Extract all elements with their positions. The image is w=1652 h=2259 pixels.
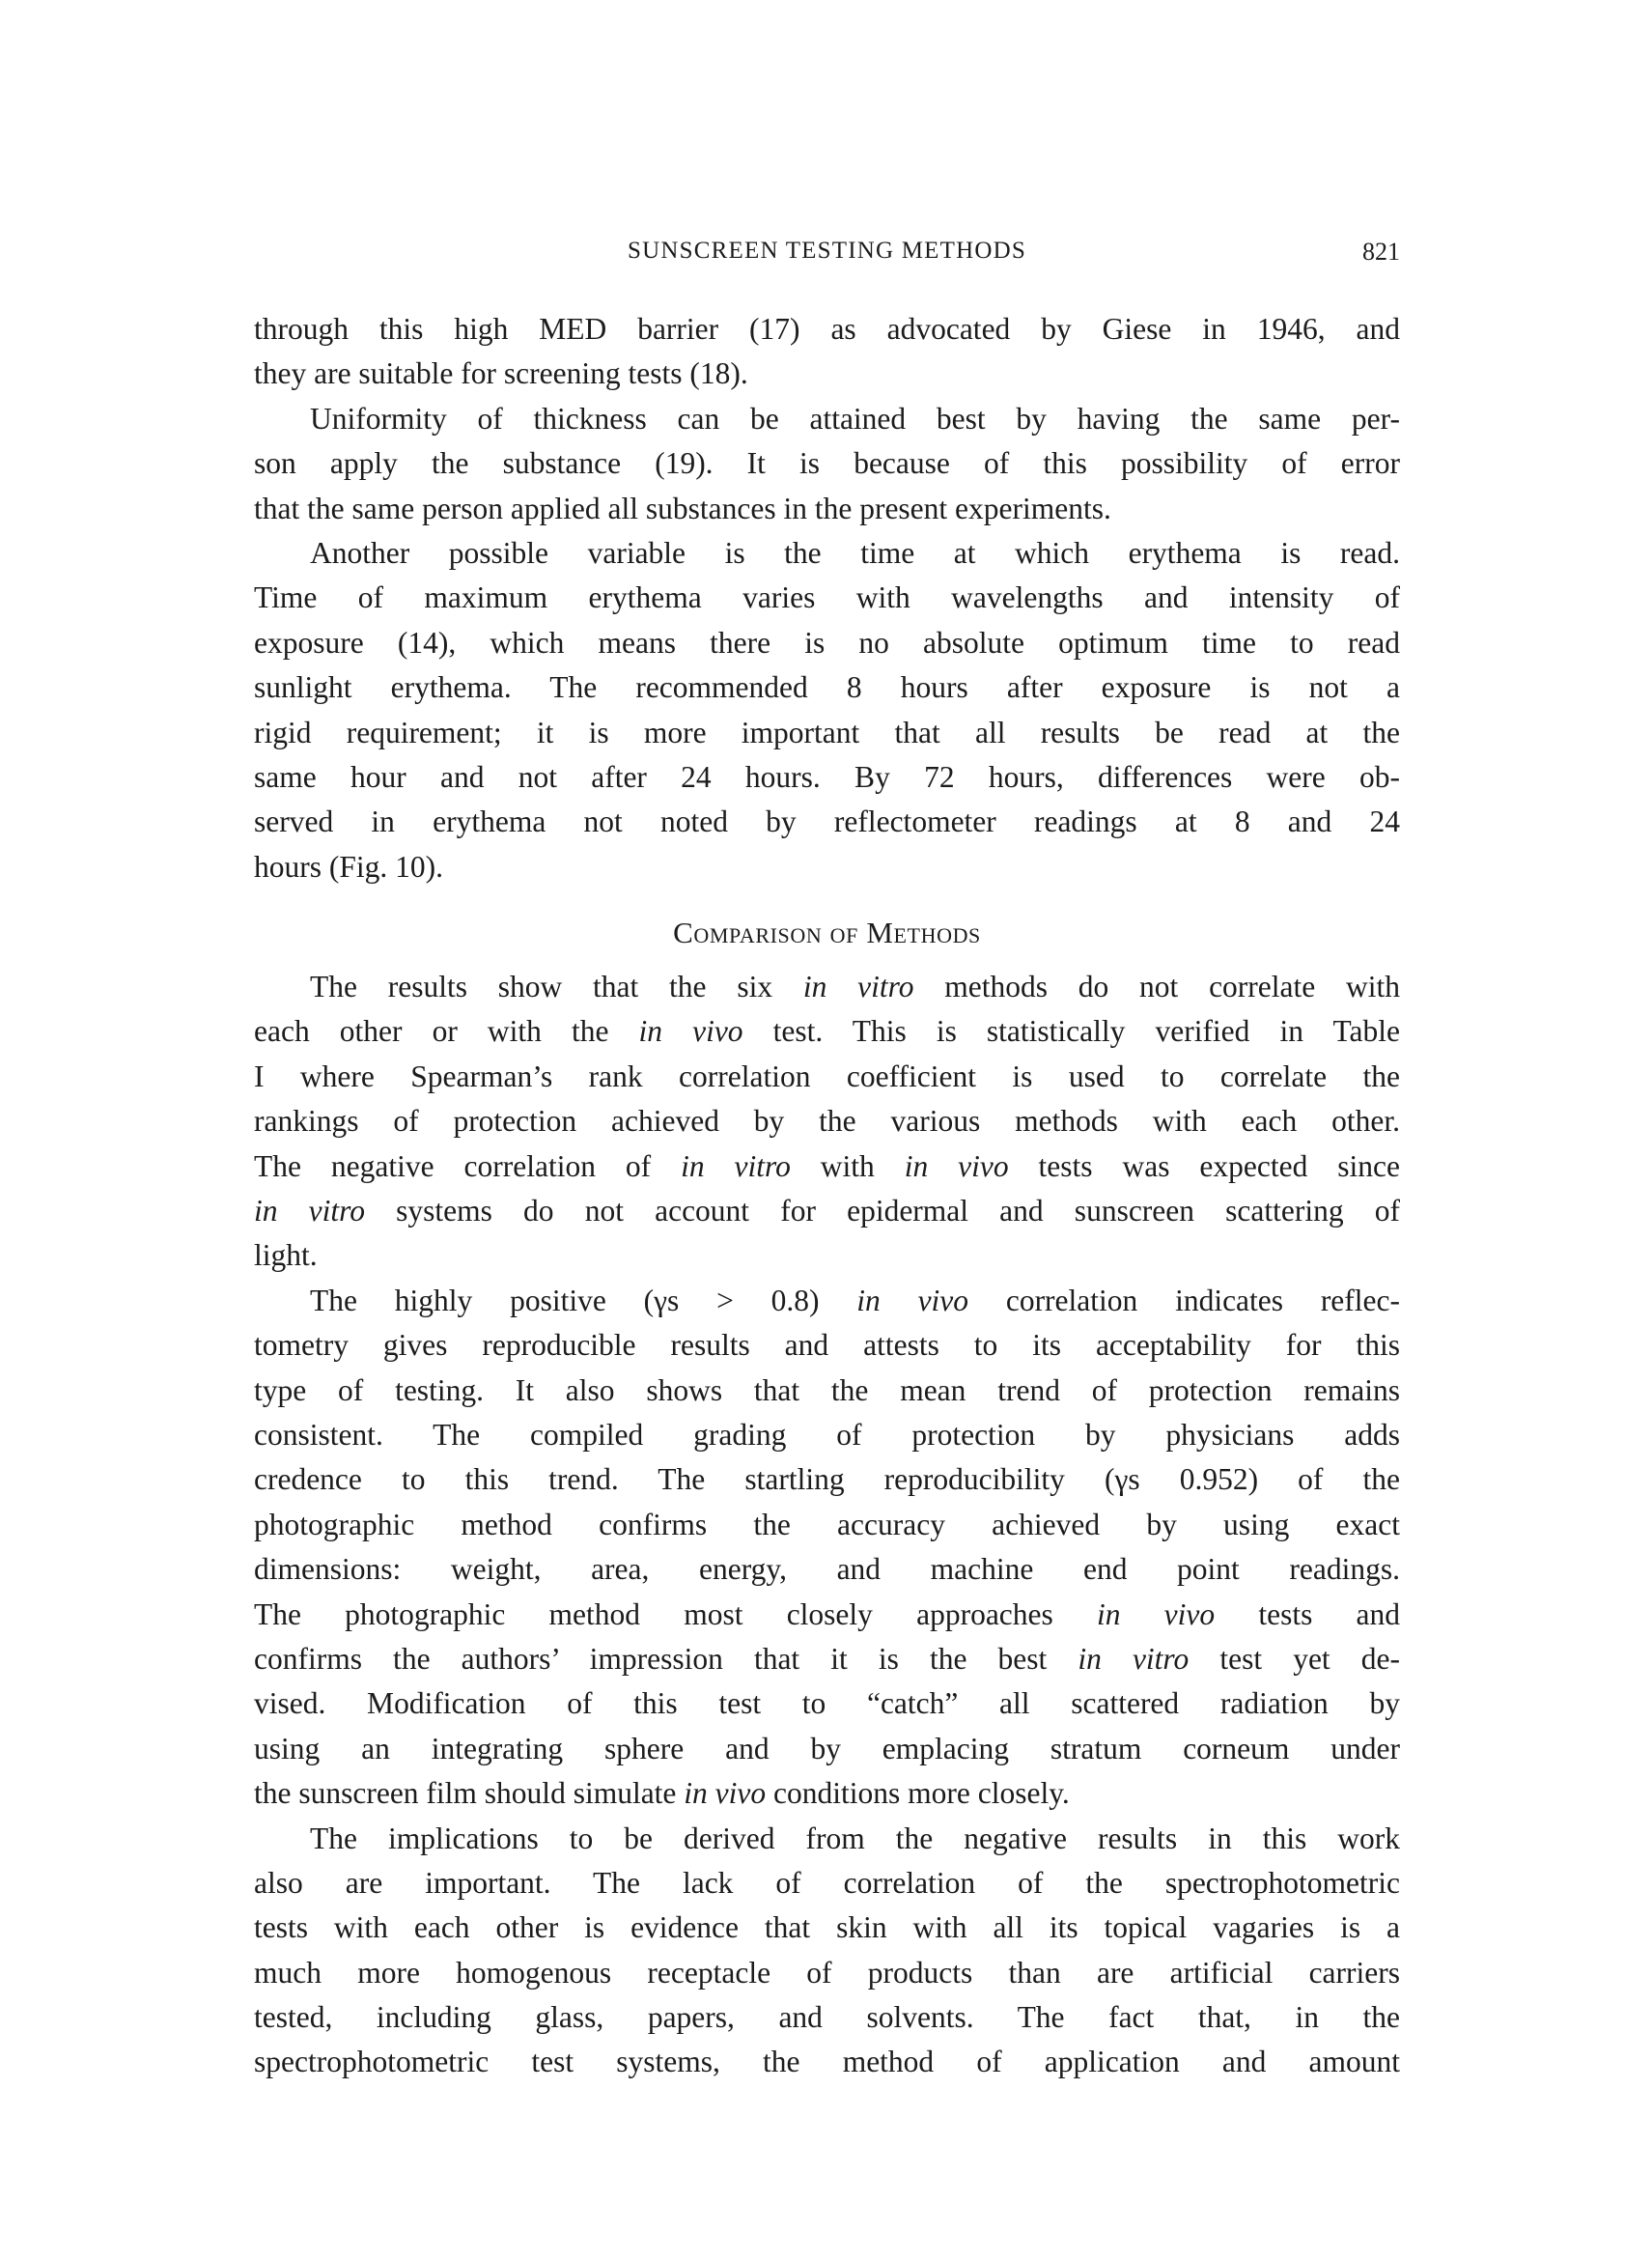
text-line: exposure (14), which means there is no a… bbox=[254, 621, 1400, 665]
text-line: the sunscreen film should simulate in vi… bbox=[254, 1771, 1400, 1816]
text-line: confirms the authors’ impression that it… bbox=[254, 1637, 1400, 1681]
italic-term: in vitro bbox=[1078, 1642, 1189, 1676]
text-line: same hour and not after 24 hours. By 72 … bbox=[254, 755, 1400, 800]
text-line: dimensions: weight, area, energy, and ma… bbox=[254, 1547, 1400, 1592]
text-line: in vitro systems do not account for epid… bbox=[254, 1189, 1400, 1233]
italic-term: in vivo bbox=[684, 1776, 766, 1810]
paragraph: The highly positive (γs > 0.8) in vivo c… bbox=[254, 1279, 1400, 1817]
italic-term: in vitro bbox=[681, 1149, 791, 1183]
text-line: rigid requirement; it is more important … bbox=[254, 711, 1400, 755]
text-line: Another possible variable is the time at… bbox=[254, 531, 1400, 576]
running-head: SUNSCREEN TESTING METHODS 821 bbox=[254, 238, 1400, 268]
text-line: Uniformity of thickness can be attained … bbox=[254, 397, 1400, 441]
text-line: consistent. The compiled grading of prot… bbox=[254, 1413, 1400, 1457]
text-line: rankings of protection achieved by the v… bbox=[254, 1099, 1400, 1144]
text-line: served in erythema not noted by reflecto… bbox=[254, 800, 1400, 844]
italic-term: in vivo bbox=[1097, 1597, 1215, 1631]
italic-term: in vitro bbox=[803, 970, 914, 1003]
section-heading: Comparison of Methods bbox=[254, 911, 1400, 955]
paragraph: The implications to be derived from the … bbox=[254, 1817, 1400, 2085]
text-line: Time of maximum erythema varies with wav… bbox=[254, 576, 1400, 620]
text-line: much more homogenous receptacle of produ… bbox=[254, 1951, 1400, 1995]
running-title: SUNSCREEN TESTING METHODS bbox=[254, 238, 1400, 265]
text-line: that the same person applied all substan… bbox=[254, 487, 1400, 531]
italic-term: in vivo bbox=[905, 1149, 1009, 1183]
italic-term: in vitro bbox=[254, 1194, 365, 1228]
text-line: The negative correlation of in vitro wit… bbox=[254, 1144, 1400, 1189]
body-text: through this high MED barrier (17) as ad… bbox=[254, 307, 1400, 2085]
text-line: The implications to be derived from the … bbox=[254, 1817, 1400, 1861]
page-number: 821 bbox=[1362, 238, 1400, 267]
paragraph: Another possible variable is the time at… bbox=[254, 531, 1400, 889]
text-line: tested, including glass, papers, and sol… bbox=[254, 1995, 1400, 2040]
italic-term: in vivo bbox=[856, 1284, 968, 1317]
text-line: using an integrating sphere and by empla… bbox=[254, 1727, 1400, 1771]
text-line: they are suitable for screening tests (1… bbox=[254, 352, 1400, 396]
text-line: The highly positive (γs > 0.8) in vivo c… bbox=[254, 1279, 1400, 1323]
text-line: tests with each other is evidence that s… bbox=[254, 1906, 1400, 1950]
italic-term: in vivo bbox=[639, 1014, 743, 1048]
paragraph: The results show that the six in vitro m… bbox=[254, 965, 1400, 1279]
paragraph: Uniformity of thickness can be attained … bbox=[254, 397, 1400, 531]
text-line: photographic method confirms the accurac… bbox=[254, 1503, 1400, 1547]
text-line: also are important. The lack of correlat… bbox=[254, 1861, 1400, 1906]
text-line: hours (Fig. 10). bbox=[254, 845, 1400, 889]
text-line: sunlight erythema. The recommended 8 hou… bbox=[254, 665, 1400, 710]
text-line: each other or with the in vivo test. Thi… bbox=[254, 1009, 1400, 1054]
text-line: light. bbox=[254, 1233, 1400, 1278]
text-line: tometry gives reproducible results and a… bbox=[254, 1323, 1400, 1368]
text-line: The photographic method most closely app… bbox=[254, 1593, 1400, 1637]
text-line: type of testing. It also shows that the … bbox=[254, 1369, 1400, 1413]
text-line: credence to this trend. The startling re… bbox=[254, 1457, 1400, 1502]
text-line: The results show that the six in vitro m… bbox=[254, 965, 1400, 1009]
text-line: I where Spearman’s rank correlation coef… bbox=[254, 1055, 1400, 1099]
paragraph: through this high MED barrier (17) as ad… bbox=[254, 307, 1400, 397]
text-line: vised. Modification of this test to “cat… bbox=[254, 1681, 1400, 1726]
text-line: son apply the substance (19). It is beca… bbox=[254, 441, 1400, 486]
text-line: spectrophotometric test systems, the met… bbox=[254, 2040, 1400, 2084]
text-line: through this high MED barrier (17) as ad… bbox=[254, 307, 1400, 352]
